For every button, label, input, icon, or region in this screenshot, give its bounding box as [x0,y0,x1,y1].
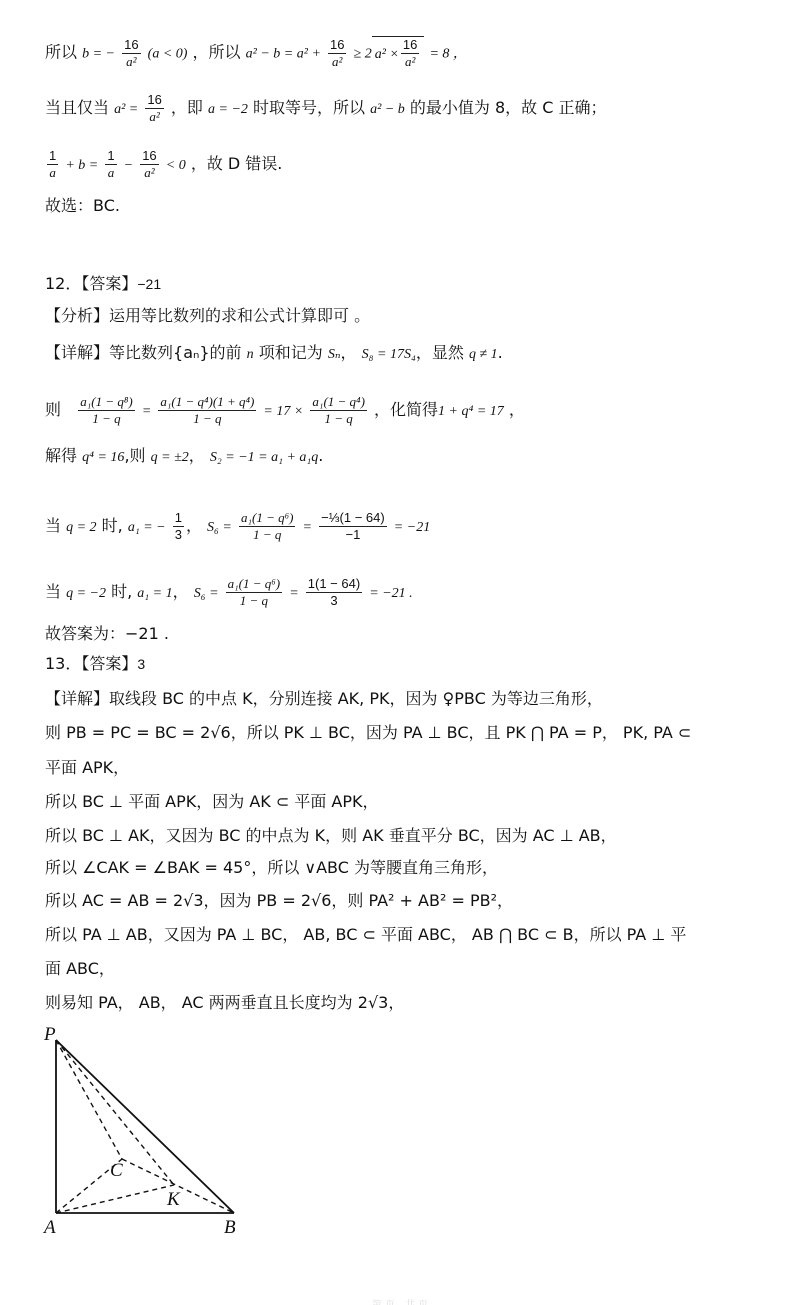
fraction: 16a² [145,92,163,125]
fraction: a₁(1 − q⁶)1 − q [226,576,282,609]
q11-line-3: 1a + b = 1a − 16a² < 0 ，故 D 错误. [45,148,282,181]
fraction: 1a [47,148,58,181]
text: ， [189,446,205,465]
label-C: C [110,1160,123,1181]
answer-label: 13．【答案】 [45,654,137,673]
q12-case-1: 当 q = 2 时, a₁ = − 13， S₆ = a₁(1 − q⁶)1 −… [45,510,430,543]
text: ， [173,582,189,601]
fraction: 13 [173,510,184,543]
math: + b = [65,158,98,173]
q12-answer: 12．【答案】−21 [45,274,161,294]
text: 当 [45,516,61,535]
label-B: B [224,1217,236,1238]
text: ， [341,343,357,362]
text: ，故 D 错误. [191,154,283,173]
q13-line: 所以 PA ⊥ AB，又因为 PA ⊥ BC， AB, BC ⊂ 平面 ABC，… [45,925,686,945]
math: n [247,347,254,362]
text: 时取等号，所以 [253,98,365,117]
fraction: a₁(1 − q⁴)(1 + q⁴)1 − q [158,394,256,427]
math: = −21 [394,520,430,535]
text: 项和记为 [259,343,323,362]
math: a₁ = − [128,520,166,535]
sqrt: a² ×16a² [372,36,425,70]
fraction: 16a² [328,37,346,70]
math: a₁ = 1 [137,586,172,601]
q13-line: 【详解】取线段 BC 的中点 K，分别连接 AK, PK，因为 ♀PBC 为等边… [45,689,603,709]
detail-label: 【详解】 [45,343,109,362]
page-footer: 第 页，共 页 [0,1296,800,1305]
text: . [318,446,323,465]
q13-line: 则易知 PA， AB， AC 两两垂直且长度均为 2√3， [45,993,404,1013]
analysis-text: 运用等比数列的求和公式计算即可 。 [109,306,370,325]
q13-line: 所以 BC ⊥ AK，又因为 BC 的中点为 K，则 AK 垂直平分 BC，因为… [45,826,617,846]
q11-conclusion: 故选：BC. [45,196,120,216]
math: (a < 0) [148,47,188,62]
text: 当且仅当 [45,98,109,117]
answer-value: −21 [137,276,161,292]
edge-PB [56,1040,234,1213]
fraction: 1a [105,148,116,181]
q13-line: 所以 AC = AB = 2√3，因为 PB = 2√6，则 PA² + AB²… [45,891,513,911]
q13-line: 平面 APK， [45,758,129,778]
math: = 8 ， [429,47,466,62]
text: 时, [102,516,123,535]
q11-line-1: 所以 b = − 16a² (a < 0) ，所以 a² − b = a² + … [45,36,467,70]
math: S₈ = 17S₄ [362,347,416,362]
q12-analysis: 【分析】运用等比数列的求和公式计算即可 。 [45,306,370,326]
math: S₆ = [194,586,219,601]
math: a² − b = a² + [246,47,321,62]
math: Sₙ [328,347,341,362]
label-P: P [43,1024,56,1045]
math: 1 + q⁴ = 17 [438,404,504,419]
text: 时, [111,582,132,601]
math: − [124,158,133,173]
math: q⁴ = 16 [82,450,124,465]
q13-line: 所以 BC ⊥ 平面 APK，因为 AK ⊂ 平面 APK， [45,792,379,812]
fraction: 16a² [140,148,158,181]
q12-detail: 【详解】等比数列{aₙ}的前 n 项和记为 Sₙ， S₈ = 17S₄，显然 q… [45,343,503,365]
fraction: a₁(1 − q⁴)1 − q [310,394,366,427]
q11-line-2: 当且仅当 a² = 16a² ，即 a = −2 时取等号，所以 a² − b … [45,92,607,125]
fraction: 16a² [122,37,140,70]
q13-line: 所以 ∠CAK = ∠BAK = 45°，所以 ∨ABC 为等腰直角三角形， [45,858,498,878]
text: 解得 [45,446,77,465]
answer-value: 3 [137,656,145,672]
text: ，显然 [416,343,464,362]
math: = 17 × [263,404,303,419]
text: ，化简得 [374,400,438,419]
math: = [142,404,151,419]
text: 当 [45,582,61,601]
text: ，即 [171,98,203,117]
text: ， [509,400,525,419]
math: a² − b [370,102,405,117]
text: ,则 [124,446,145,465]
fraction: a₁(1 − q⁶)1 − q [239,510,295,543]
math: a = −2 [208,102,248,117]
text: ，所以 [193,43,241,62]
text: ， [186,516,202,535]
q12-solve-line: 解得 q⁴ = 16,则 q = ±2， S₂ = −1 = a₁ + a₁q. [45,446,323,468]
math: q = ±2 [151,450,189,465]
q13-line: 面 ABC， [45,959,115,979]
math: q ≠ 1 [469,347,498,362]
math: = −21 . [369,586,412,601]
math: = [303,520,312,535]
text: . [498,343,503,362]
label-K: K [166,1189,181,1210]
fraction: a₁(1 − q⁸)1 − q [78,394,134,427]
text: 所以 [45,43,77,62]
math: b = − [82,47,115,62]
math: < 0 [166,158,186,173]
edge-PC [56,1040,122,1159]
math: S₂ = −1 = a₁ + a₁q [210,450,318,465]
fraction: 1(1 − 64)3 [306,576,362,609]
analysis-label: 【分析】 [45,306,109,325]
text: 则 [45,400,61,419]
math: S₆ = [207,520,232,535]
text: 等比数列{aₙ}的前 [109,343,242,362]
math: q = 2 [66,520,96,535]
math: = [289,586,298,601]
q12-case-2: 当 q = −2 时, a₁ = 1， S₆ = a₁(1 − q⁶)1 − q… [45,576,413,609]
text: 的最小值为 8，故 C 正确； [410,98,607,117]
q13-answer: 13．【答案】3 [45,654,145,674]
q12-equation-line: 则 a₁(1 − q⁸)1 − q = a₁(1 − q⁴)(1 + q⁴)1 … [45,394,525,427]
label-A: A [42,1217,56,1238]
q13-line: 则 PB = PC = BC = 2√6，所以 PK ⊥ BC，因为 PA ⊥ … [45,723,691,743]
q12-conclusion: 故答案为：−21 . [45,624,169,644]
math: ≥ 2 [354,47,372,62]
tetrahedron-diagram: P A B C K [40,1020,270,1240]
math: q = −2 [66,586,106,601]
fraction: −⅓(1 − 64)−1 [319,510,387,543]
math: a² = [114,102,138,117]
answer-label: 12．【答案】 [45,274,137,293]
